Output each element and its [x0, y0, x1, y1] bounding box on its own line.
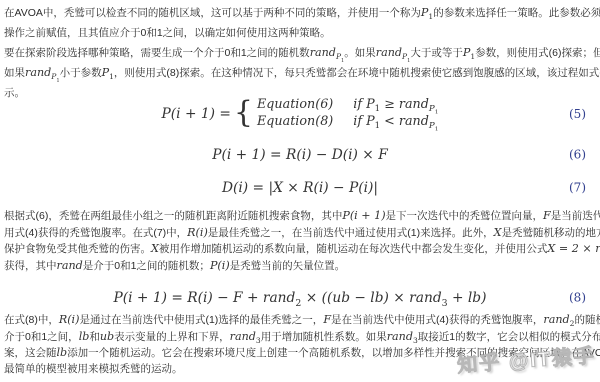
text-line: 介于0和1之间，lb和ub表示变量的上界和下界，rand3用于增加随机性系数。如…	[4, 329, 596, 346]
text-line: 在AVOA中，秃鹫可以检查不同的随机区域，这可以基于两种不同的策略，并使用一个称…	[4, 3, 596, 23]
equation-5-body: P(i + 1) = { Equation(6)if P1 ≥ randP1 E…	[162, 97, 439, 130]
subscript: P1	[51, 73, 59, 81]
text-line: 要在探索阶段选择哪种策略，需要生成一个介于0和1之间的随机数randP1。如果r…	[4, 43, 596, 63]
paragraph-3: 在式(8)中，R(i)是通过在当前迭代中使用式(1)选择的最佳秃鹫之一，F是在当…	[4, 312, 596, 377]
subscript: 1	[435, 127, 439, 133]
article-content: 在AVOA中，秃鹫可以检查不同的随机区域，这可以基于两种不同的策略，并使用一个称…	[0, 0, 600, 382]
text-line: 如果randP1小于参数P1，则使用式(8)探索。在这种情况下，每只秃鹫都会在环…	[4, 63, 596, 83]
equation-5-lhs: P(i + 1) =	[162, 106, 231, 122]
text-line: 案，这会随lb添加一个随机运动。它会在搜索环境尺度上创建一个高随机系数，以增加多…	[4, 345, 596, 362]
equation-7-number: (7)	[569, 180, 586, 197]
text-line: 最简单的模型被用来模拟秃鹫的运动。	[4, 362, 596, 378]
text-line: 在式(8)中，R(i)是通过在当前迭代中使用式(1)选择的最佳秃鹫之一，F是在当…	[4, 312, 596, 329]
case-1-condition: if P1 ≥ randP1	[353, 97, 438, 113]
equation-8-body: P(i + 1) = R(i) − F + rand2 × ((ub − lb)…	[114, 290, 487, 305]
equation-5: P(i + 1) = { Equation(6)if P1 ≥ randP1 E…	[4, 97, 596, 130]
paragraph-1: 在AVOA中，秃鹫可以检查不同的随机区域，这可以基于两种不同的策略，并使用一个称…	[4, 3, 596, 103]
equation-7-body: D(i) = |X × R(i) − P(i)|	[222, 180, 378, 195]
equation-8: P(i + 1) = R(i) − F + rand2 × ((ub − lb)…	[4, 289, 596, 307]
case-2-expression: Equation(8)	[257, 114, 333, 130]
text-line: 保护食物免受其他秃鹫的伤害。X被用作增加随机运动的系数向量，随机运动在每次迭代中…	[4, 241, 596, 258]
equation-6-body: P(i + 1) = R(i) − D(i) × F	[212, 147, 388, 162]
text-line: 获得，其中rand是介于0和1之间的随机数；P(i)是秃鹫当前的矢量位置。	[4, 258, 596, 275]
subscript: 1	[56, 79, 59, 84]
case-1-expression: Equation(6)	[257, 97, 333, 113]
equation-5-number: (5)	[569, 107, 586, 121]
subscript: P1	[429, 104, 439, 113]
equation-8-number: (8)	[569, 290, 586, 307]
cases-brace: {	[234, 99, 253, 128]
case-2-condition: if P1 < randP1	[353, 114, 438, 130]
text-line: 根据式(6)，秃鹫在两组最佳小组之一的随机距离附近随机搜索食物，其中P(i + …	[4, 208, 596, 225]
equation-7: D(i) = |X × R(i) − P(i)| (7)	[4, 179, 596, 197]
text-line: 操作之前赋值，且其值应介于0和1之间，以确定如何使用这两种策略。	[4, 23, 596, 43]
equation-6-number: (6)	[569, 147, 586, 164]
equation-6: P(i + 1) = R(i) − D(i) × F (6)	[4, 146, 596, 164]
subscript: P1	[429, 121, 439, 130]
text-line: 用式(4)获得的秃鹫饱腹率。在式(7)中，R(i)是最佳秃鹫之一，在当前迭代中通…	[4, 225, 596, 242]
equation-5-cases: Equation(6)if P1 ≥ randP1 Equation(8)if …	[257, 97, 438, 130]
paragraph-2: 根据式(6)，秃鹫在两组最佳小组之一的随机距离附近随机搜索食物，其中P(i + …	[4, 208, 596, 274]
